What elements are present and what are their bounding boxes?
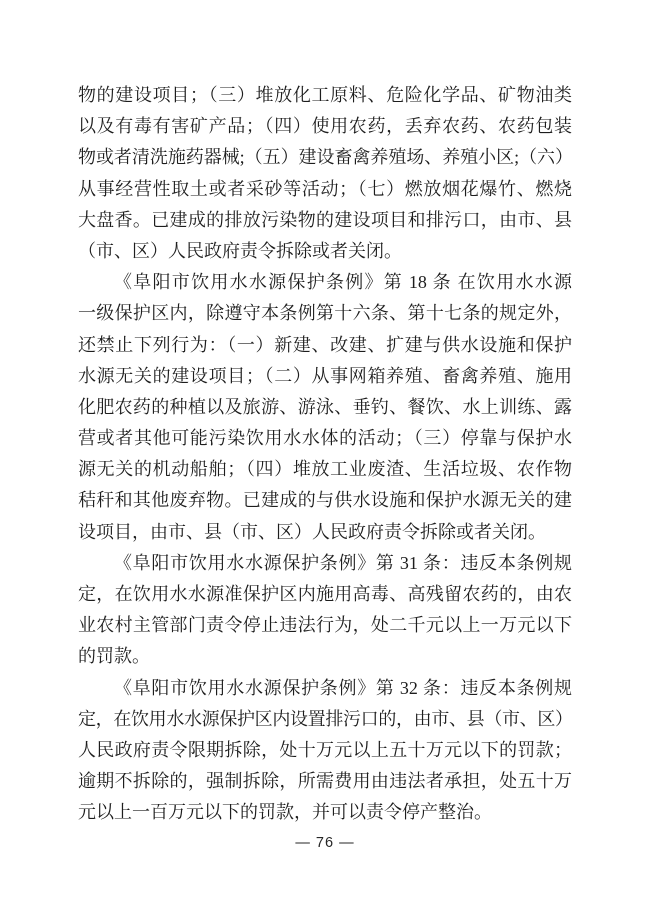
text-line: 还禁止下列行为：（一）新建、改建、扩建与供水设施和保护	[78, 330, 572, 361]
text-line: 一级保护区内，除遵守本条例第十六条、第十七条的规定外，	[78, 298, 572, 329]
page-number: — 76 —	[0, 835, 650, 851]
body-text: 物的建设项目；（三）堆放化工原料、危险化学品、矿物油类 以及有毒有害矿产品；（四…	[78, 80, 572, 829]
text-line: 以及有毒有害矿产品；（四）使用农药，丢弃农药、农药包装	[78, 111, 572, 142]
text-line: 《阜阳市饮用水水源保护条例》第 31 条：违反本条例规	[78, 548, 572, 579]
text-line: 水源无关的建设项目；（二）从事网箱养殖、畜禽养殖、施用	[78, 361, 572, 392]
text-line: 定，在饮用水水源准保护区内施用高毒、高残留农药的，由农	[78, 579, 572, 610]
text-line: 营或者其他可能污染饮用水水体的活动；（三）停靠与保护水	[78, 423, 572, 454]
text-line: 源无关的机动船舶；（四）堆放工业废渣、生活垃圾、农作物	[78, 454, 572, 485]
text-line: 《阜阳市饮用水水源保护条例》第 18 条 在饮用水水源	[78, 267, 572, 298]
text-line: 化肥农药的种植以及旅游、游泳、垂钓、餐饮、水上训练、露	[78, 392, 572, 423]
text-line: 业农村主管部门责令停止违法行为，处二千元以上一万元以下	[78, 610, 572, 641]
paragraph-article-32: 《阜阳市饮用水水源保护条例》第 32 条：违反本条例规 定，在饮用水水源保护区内…	[78, 673, 572, 829]
paragraph-continuation: 物的建设项目；（三）堆放化工原料、危险化学品、矿物油类 以及有毒有害矿产品；（四…	[78, 80, 572, 267]
text-line: 《阜阳市饮用水水源保护条例》第 32 条：违反本条例规	[78, 673, 572, 704]
paragraph-article-31: 《阜阳市饮用水水源保护条例》第 31 条：违反本条例规 定，在饮用水水源准保护区…	[78, 548, 572, 673]
text-line: 逾期不拆除的，强制拆除，所需费用由违法者承担，处五十万	[78, 766, 572, 797]
text-line: 元以上一百万元以下的罚款，并可以责令停产整治。	[78, 797, 572, 828]
document-page: 物的建设项目；（三）堆放化工原料、危险化学品、矿物油类 以及有毒有害矿产品；（四…	[0, 0, 650, 919]
text-line: 秸秆和其他废弃物。已建成的与供水设施和保护水源无关的建	[78, 485, 572, 516]
text-line: （市、区）人民政府责令拆除或者关闭。	[78, 236, 572, 267]
text-line: 设项目，由市、县（市、区）人民政府责令拆除或者关闭。	[78, 517, 572, 548]
paragraph-article-18: 《阜阳市饮用水水源保护条例》第 18 条 在饮用水水源 一级保护区内，除遵守本条…	[78, 267, 572, 548]
text-line: 定，在饮用水水源保护区内设置排污口的，由市、县（市、区）	[78, 704, 572, 735]
text-line: 从事经营性取土或者采砂等活动；（七）燃放烟花爆竹、燃烧	[78, 174, 572, 205]
text-line: 物或者清洗施药器械;（五）建设畜禽养殖场、养殖小区;（六）	[78, 142, 572, 173]
text-line: 人民政府责令限期拆除，处十万元以上五十万元以下的罚款；	[78, 735, 572, 766]
text-line: 大盘香。已建成的排放污染物的建设项目和排污口，由市、县	[78, 205, 572, 236]
text-line: 物的建设项目；（三）堆放化工原料、危险化学品、矿物油类	[78, 80, 572, 111]
text-line: 的罚款。	[78, 641, 572, 672]
